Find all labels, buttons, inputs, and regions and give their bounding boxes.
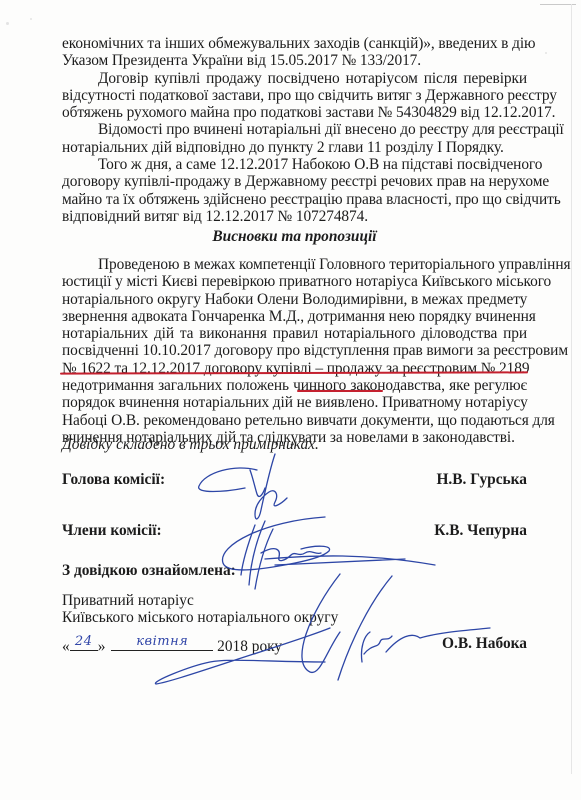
- verdict-not-found: не виявлено.: [297, 394, 379, 411]
- scanned-document-page: економічних та інших обмежувальних заход…: [0, 0, 581, 800]
- date-open-quote: «: [62, 638, 70, 655]
- members-label: Члени комісії:: [62, 522, 162, 540]
- scan-edge-right: [571, 4, 572, 774]
- text-line: Указом Президента України від 15.05.2017…: [62, 52, 527, 69]
- body-top: економічних та інших обмежувальних заход…: [62, 35, 527, 225]
- text-line: посвідченні 10.10.2017 договору про відс…: [62, 342, 527, 359]
- members-name: К.В. Чепурна: [434, 522, 527, 540]
- text-line: договору купівлі-продажу в Державному ре…: [62, 173, 527, 190]
- signature-notary-icon: [150, 572, 490, 682]
- text-line: Договір купівлі продажу посвідчено нотар…: [62, 70, 527, 87]
- red-underline-not-found: [297, 390, 383, 392]
- text-line: звернення адвоката Гончаренка М.Д., дотр…: [62, 308, 527, 325]
- paragraph-conclusion: Проведеною в межах компетенції Головного…: [62, 256, 527, 446]
- text-line: Відомості про вчинені нотаріальні дії вн…: [62, 121, 527, 138]
- date-day-handwritten: 24: [70, 634, 98, 649]
- scan-speck: [545, 52, 547, 54]
- date-day-field: 24: [70, 635, 98, 651]
- text-line: юстиції у місті Києві перевіркою приватн…: [62, 273, 527, 290]
- scan-speck: [30, 18, 32, 20]
- scan-speck: [6, 22, 9, 25]
- section-heading-conclusions: Висновки та пропозиції: [62, 228, 527, 246]
- chair-label: Голова комісії:: [62, 471, 165, 489]
- text-line: Проведеною в межах компетенції Головного…: [62, 256, 527, 273]
- text-line: № 1622 та 12.12.2017 договору купівлі – …: [62, 360, 527, 377]
- text-line-verdict: порядок вчинення нотаріальних дій не вия…: [62, 394, 527, 411]
- verdict-prefix: порядок вчинення нотаріальних дій: [62, 394, 297, 411]
- text-line: Набоці О.В. рекомендовано ретельно вивча…: [62, 412, 527, 429]
- text-line: обтяжень рухомого майна про податкові за…: [62, 104, 527, 121]
- text-line: відсутності податкової застави, про що с…: [62, 87, 527, 104]
- paragraph-tax-lien-check: Договір купівлі продажу посвідчено нотар…: [62, 70, 527, 122]
- text-line: Того ж дня, а саме 12.12.2017 Набокою О.…: [62, 156, 527, 173]
- verdict-suffix: Приватному нотаріусу: [378, 394, 527, 411]
- paragraph-ownership-registration: Того ж дня, а саме 12.12.2017 Набокою О.…: [62, 156, 527, 225]
- text-line: нотаріальних дій та виконання правил нот…: [62, 325, 527, 342]
- paragraph-registry-entry: Відомості про вчинені нотаріальні дії вн…: [62, 121, 527, 156]
- text-line-highlighted: недотримання загальних положень чинного …: [62, 377, 527, 394]
- text-line: нотаріального округу Набоки Олени Володи…: [62, 291, 527, 308]
- text-line: майно та їх обтяжень здійснено реєстраці…: [62, 191, 527, 208]
- text-line: економічних та інших обмежувальних заход…: [62, 35, 527, 52]
- text-line: нотаріальних дій відповідно до пункту 2 …: [62, 139, 527, 156]
- text-line: відповідний витяг від 12.12.2017 № 10727…: [62, 208, 527, 225]
- date-close-quote: »: [98, 638, 106, 655]
- chair-name: Н.В. Гурська: [436, 471, 527, 489]
- paragraph-sanctions-decree: економічних та інших обмежувальних заход…: [62, 35, 527, 70]
